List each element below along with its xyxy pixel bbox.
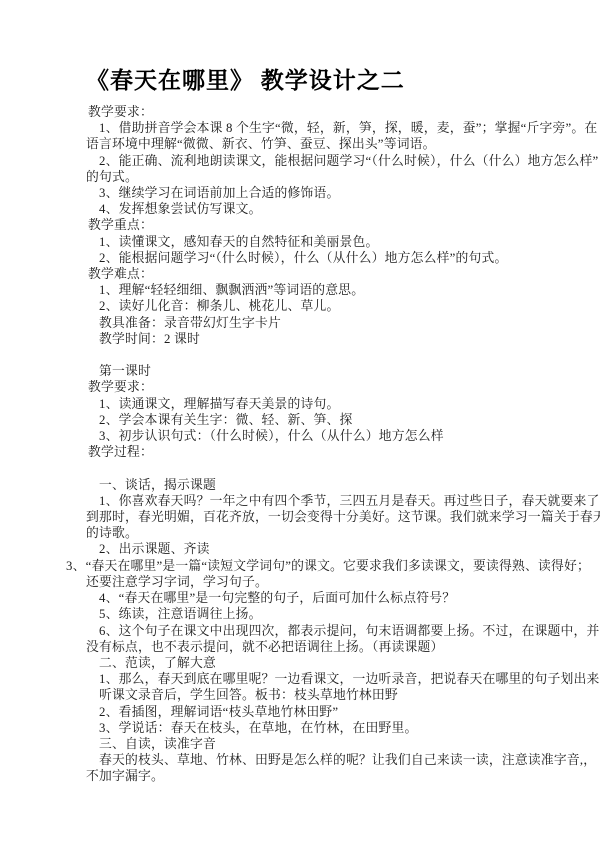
text-line: 三、自读，读准字音 (86, 736, 556, 752)
document-title: 《春天在哪里》 教学设计之二 (86, 66, 556, 96)
text-line: 不加字漏字。 (86, 768, 556, 784)
text-line: 1、借助拼音学会本课 8 个生字“微，轻，新，笋，探，暖，麦，蚕”；掌握“斤字旁… (86, 120, 556, 136)
text-line: 1、那么，春天到底在哪里呢？一边看课文，一边听录音，把说春天在哪里的句子划出来。 (86, 671, 556, 687)
text-line: 2、学会本课有关生字：微、轻、新、笋、探 (86, 412, 556, 428)
text-line: 6、这个句子在课文中出现四次，都表示提问，句末语调都要上扬。不过，在课题中，并 (86, 623, 556, 639)
text-line: 3、继续学习在词语前加上合适的修饰语。 (86, 185, 556, 201)
text-line: 2、读好儿化音：柳条儿、桃花儿、草儿。 (86, 298, 556, 314)
text-line: 教学过程： (86, 444, 556, 460)
text-line: 2、出示课题、齐读 (86, 541, 556, 557)
text-line: 教学时间：2 课时 (86, 331, 556, 347)
text-line: 1、读通课文，理解描写春天美景的诗句。 (86, 396, 556, 412)
text-line: 二、范读，了解大意 (86, 655, 556, 671)
text-line: 没有标点，也不表示提问，就不必把语调往上扬。（再读课题） (86, 639, 556, 655)
text-line: 5、练读，注意语调往上扬。 (86, 606, 556, 622)
text-line: 2、能根据问题学习“（什么时候），什么（从什么）地方怎么样”的句式。 (86, 250, 556, 266)
blank-line (86, 347, 556, 363)
text-line: 1、读懂课文，感知春天的自然特征和美丽景色。 (86, 234, 556, 250)
text-line: 教学要求： (86, 379, 556, 395)
text-line: 3、“春天在哪里”是一篇“读短文学词句”的课文。它要求我们多读课文，要读得熟、读… (86, 558, 556, 574)
text-line: 听课文录音后，学生回答。板书：枝头草地竹林田野 (86, 687, 556, 703)
document-body: 《春天在哪里》 教学设计之二 教学要求：1、借助拼音学会本课 8 个生字“微，轻… (86, 66, 556, 785)
blank-line (86, 460, 556, 476)
text-line: 1、你喜欢春天吗？一年之中有四个季节，三四五月是春天。再过些日子，春天就要来了。 (86, 493, 556, 509)
document-text: 教学要求：1、借助拼音学会本课 8 个生字“微，轻，新，笋，探，暖，麦，蚕”；掌… (86, 104, 556, 785)
text-line: 的句式。 (86, 169, 556, 185)
text-line: 春天的枝头、草地、竹林、田野是怎么样的呢？让我们自己来读一读，注意读准字音,， (86, 752, 556, 768)
text-line: 4、“春天在哪里”是一句完整的句子，后面可加什么标点符号？ (86, 590, 556, 606)
text-line: 3、学说话：春天在枝头，在草地，在竹林，在田野里。 (86, 720, 556, 736)
text-line: 教具准备：录音带幻灯生字卡片 (86, 315, 556, 331)
text-line: 还要注意学习字词，学习句子。 (86, 574, 556, 590)
text-line: 3、初步认识句式：（什么时候），什么（从什么）地方怎么样 (86, 428, 556, 444)
text-line: 2、能正确、流利地朗读课文，能根据问题学习“（什么时候），什么（什么）地方怎么样… (86, 153, 556, 169)
text-line: 1、理解“轻轻细细、飘飘洒洒”等词语的意思。 (86, 282, 556, 298)
text-line: 4、发挥想象尝试仿写课文。 (86, 201, 556, 217)
text-line: 教学要求： (86, 104, 556, 120)
text-line: 教学重点： (86, 217, 556, 233)
text-line: 的诗歌。 (86, 525, 556, 541)
text-line: 一、谈话，揭示课题 (86, 477, 556, 493)
text-line: 到那时，春光明媚，百花齐放，一切会变得十分美好。这节课。我们就来学习一篇关于春天 (86, 509, 556, 525)
text-line: 教学难点： (86, 266, 556, 282)
text-line: 2、看插图，理解词语“枝头草地竹林田野” (86, 704, 556, 720)
text-line: 第一课时 (86, 363, 556, 379)
document-page: 《春天在哪里》 教学设计之二 教学要求：1、借助拼音学会本课 8 个生字“微，轻… (0, 0, 600, 850)
text-line: 语言环境中理解“微微、新衣、竹笋、蚕豆、探出头”等词语。 (86, 136, 556, 152)
